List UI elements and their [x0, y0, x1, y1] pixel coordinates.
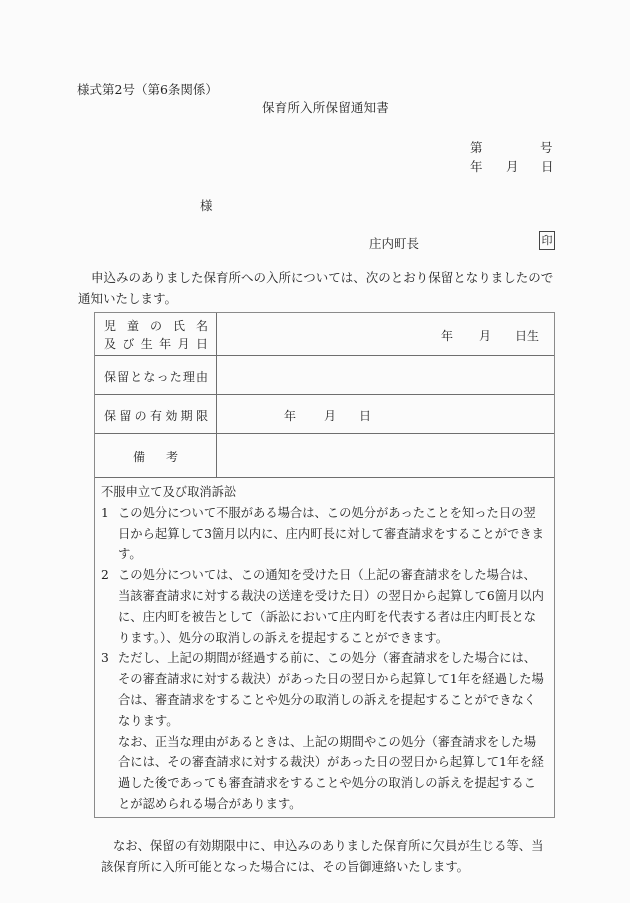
- item-number: 3: [101, 648, 109, 669]
- birth-year: 年: [441, 327, 453, 344]
- label-birthdate: 及 び 生 年 月 日: [104, 335, 208, 352]
- issue-date-day: 日: [541, 157, 554, 175]
- appeal-section: 不服申立て及び取消訴訟 1 この処分について不服がある場合は、この処分があったこ…: [95, 478, 554, 817]
- item-text: ただし、上記の期間が経過する前に、この処分（審査請求をした場合には、その審査請求…: [118, 648, 548, 731]
- table-row-validity: 保 留 の 有 効 期 限 年 月 日: [95, 395, 554, 434]
- document-number-suffix: 号: [540, 138, 553, 156]
- validity-year: 年: [284, 407, 296, 424]
- label-child-name: 児 童 の 氏 名: [104, 317, 208, 334]
- item-text-continued: なお、正当な理由があるときは、上記の期間やこの処分（審査請求をした場合には、その…: [118, 732, 548, 815]
- seal-icon: 印: [539, 231, 555, 250]
- validity-month: 月: [324, 407, 336, 424]
- item-text: この処分については、この通知を受けた日（上記の審査請求をした場合は、当該審査請求…: [118, 565, 548, 648]
- item-text: この処分について不服がある場合は、この処分があったことを知った日の翌日から起算し…: [118, 503, 548, 565]
- birth-month: 月: [479, 327, 491, 344]
- appeal-item-3: 3 ただし、上記の期間が経過する前に、この処分（審査請求をした場合には、その審査…: [101, 648, 548, 814]
- table-row-reason: 保 留 と な っ た 理 由: [95, 356, 554, 395]
- item-number: 2: [101, 565, 109, 586]
- final-note: なお、保留の有効期限中に、申込みのありました保育所に欠員が生じる等、当該保育所に…: [101, 836, 548, 878]
- document-number-prefix: 第: [470, 138, 483, 156]
- label-reason: 保 留 と な っ た 理 由: [104, 368, 208, 385]
- item-number: 1: [101, 503, 109, 524]
- appeal-item-1: 1 この処分について不服がある場合は、この処分があったことを知った日の翌日から起…: [101, 503, 548, 565]
- appeal-item-2: 2 この処分については、この通知を受けた日（上記の審査請求をした場合は、当該審査…: [101, 565, 548, 648]
- appeal-heading: 不服申立て及び取消訴訟: [101, 482, 548, 503]
- label-remarks: 備 考: [133, 448, 178, 465]
- label-cell: 保 留 の 有 効 期 限: [95, 395, 217, 433]
- label-cell: 保 留 と な っ た 理 由: [95, 356, 217, 394]
- label-cell: 児 童 の 氏 名 及 び 生 年 月 日: [95, 313, 217, 355]
- addressee-suffix: 様: [200, 196, 213, 214]
- document-title: 保育所入所保留通知書: [262, 98, 389, 116]
- table-row-child-name: 児 童 の 氏 名 及 び 生 年 月 日 年 月 日生: [95, 313, 554, 356]
- issue-date-month: 月: [506, 157, 519, 175]
- issuer-name: 庄内町長: [369, 234, 419, 252]
- validity-day: 日: [359, 407, 371, 424]
- label-cell: 備 考: [95, 434, 217, 477]
- form-number: 様式第2号（第6条関係）: [77, 80, 218, 98]
- table-row-remarks: 備 考: [95, 434, 554, 478]
- issue-date-year: 年: [470, 157, 483, 175]
- label-validity: 保 留 の 有 効 期 限: [104, 407, 208, 424]
- notice-table: 児 童 の 氏 名 及 び 生 年 月 日 年 月 日生 保 留 と: [94, 312, 555, 818]
- birth-day: 日生: [515, 327, 539, 344]
- intro-paragraph: 申込みのありました保育所への入所については、次のとおり保留となりましたので通知い…: [78, 267, 558, 309]
